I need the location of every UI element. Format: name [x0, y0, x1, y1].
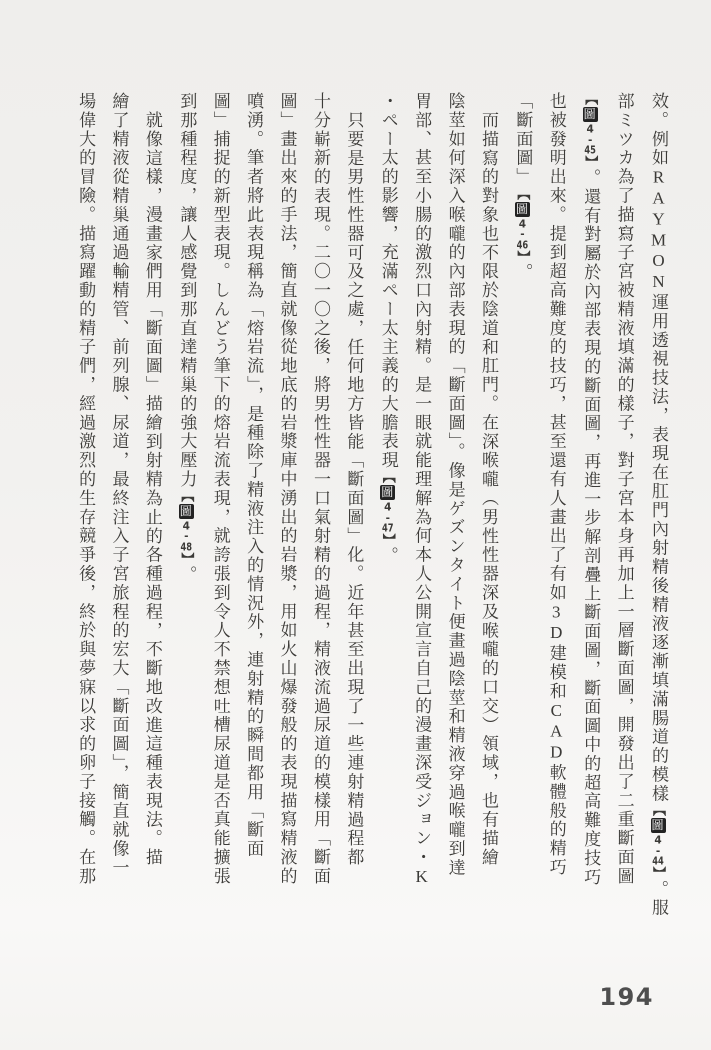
figure-box-label: 圖 — [583, 107, 598, 122]
text-column: 十分嶄新的表現。二〇一〇之後，將男性性器一口氣射精的過程，精液流過尿道的模樣用「… — [304, 92, 337, 918]
text-column: ︻圖4-45︼。還有對屬於內部表現的斷面圖，再進一步解剖疊上斷面圖，斷面圖中的超… — [573, 92, 607, 918]
close-bracket: ︼ — [515, 250, 530, 263]
figure-reference: ︻圖4-47︼ — [381, 470, 395, 547]
open-bracket: ︻ — [179, 489, 194, 502]
open-bracket: ︻ — [583, 92, 598, 105]
figure-box-label: 圖 — [515, 202, 530, 217]
latin-run: K — [412, 867, 431, 888]
figure-number: 44 — [652, 856, 664, 867]
figure-number-dash: - — [382, 513, 394, 524]
text-column: 圖」捕捉的新型表現。しんどう筆下的熔岩流表現，就誇張到令人不禁想吐槽尿道是否真能… — [203, 92, 236, 918]
page-number: 194 — [599, 983, 654, 1011]
close-bracket: ︼ — [651, 867, 666, 880]
book-page: 效。例如RAYMON運用透視技法，表現在肛門內射精後精液逐漸填滿腸道的模樣︻圖4… — [0, 0, 711, 1050]
text-column: 效。例如RAYMON運用透視技法，表現在肛門內射精後精液逐漸填滿腸道的模樣︻圖4… — [641, 92, 675, 918]
text-column: 胃部、甚至小腸的激烈口內射精。是一眼就能理解為何本人公開宣言自己的漫畫深受ジョン… — [405, 92, 438, 918]
open-bracket: ︻ — [381, 470, 396, 483]
figure-reference: ︻圖4-45︼ — [583, 92, 597, 169]
figure-reference: ︻圖4-48︼ — [179, 489, 193, 566]
figure-box-label: 圖 — [651, 818, 666, 833]
text-column: 而描寫的對象也不限於陰道和肛門。在深喉嚨（男性性器深及喉嚨的口交）領域，也有描繪 — [472, 92, 505, 918]
latin-run: CAD — [547, 701, 566, 764]
figure-number: 4 — [382, 502, 394, 513]
figure-reference: ︻圖4-44︼ — [651, 803, 665, 880]
text-column: 噴湧。筆者將此表現稱為「熔岩流」，是種除了精液注入的情況外，連射精的瞬間都用「斷… — [237, 92, 270, 918]
figure-number: 48 — [180, 542, 192, 553]
figure-number: 4 — [516, 219, 528, 230]
figure-number-dash: - — [180, 531, 192, 542]
figure-number-dash: - — [516, 229, 528, 240]
figure-box-label: 圖 — [380, 485, 395, 500]
close-bracket: ︼ — [583, 156, 598, 169]
open-bracket: ︻ — [515, 187, 530, 200]
figure-number: 45 — [584, 145, 596, 156]
latin-run: 3D — [547, 602, 566, 644]
figure-number: 47 — [382, 523, 394, 534]
figure-number: 4 — [584, 124, 596, 135]
figure-number-dash: - — [652, 846, 664, 857]
text-column: 部ミツカ為了描寫子宮被精液填滿的樣子，對子宮本身再加上一層斷面圖，開發出了二重斷… — [607, 92, 640, 918]
figure-number: 46 — [516, 240, 528, 251]
figure-reference: ︻圖4-46︼ — [515, 187, 529, 264]
text-column: 圖」畫出來的手法，簡直就像從地底的岩漿庫中湧出的岩漿，用如火山爆發般的表現描寫精… — [270, 92, 303, 918]
text-column: 到那種程度，讓人感覺到那直達精巢的強大壓力︻圖4-48︼。 — [169, 92, 203, 918]
close-bracket: ︼ — [381, 534, 396, 547]
text-column: 陰莖如何深入喉嚨的內部表現的「斷面圖」。像是ゲズンタイト便畫過陰莖和精液穿過喉嚨… — [438, 92, 471, 918]
text-column: 也被發明出來。提到超高難度的技巧，甚至還有人畫出了有如3D建模和CAD軟體般的精… — [539, 92, 572, 918]
text-column: 場偉大的冒險。描寫躍動的精子們，經過激烈的生存競爭後，終於與夢寐以求的卵子接觸。… — [69, 92, 102, 918]
figure-number: 4 — [652, 835, 664, 846]
figure-number-dash: - — [584, 135, 596, 146]
text-column: 繪了精液從精巢通過輸精管、前列腺、尿道，最終注入子宮旅程的宏大「斷面圖」，簡直就… — [102, 92, 135, 918]
latin-run: RAYMON — [649, 168, 668, 293]
figure-box-label: 圖 — [179, 504, 194, 519]
text-column: 就像這樣，漫畫家們用「斷面圖」描繪到射精為止的各種過程，不斷地改進這種表現法。描 — [136, 92, 169, 918]
open-bracket: ︻ — [651, 803, 666, 816]
body-text: 效。例如RAYMON運用透視技法，表現在肛門內射精後精液逐漸填滿腸道的模樣︻圖4… — [69, 92, 675, 918]
text-column: 「斷面圖」︻圖4-46︼。 — [505, 92, 539, 918]
text-column: 只要是男性性器可及之處，任何地方皆能「斷面圖」化。近年甚至出現了一些連射精過程都 — [337, 92, 370, 918]
text-column: ・ペー太的影響，充滿ペー太主義的大膽表現︻圖4-47︼。 — [370, 92, 404, 918]
figure-number: 4 — [180, 521, 192, 532]
close-bracket: ︼ — [179, 552, 194, 565]
